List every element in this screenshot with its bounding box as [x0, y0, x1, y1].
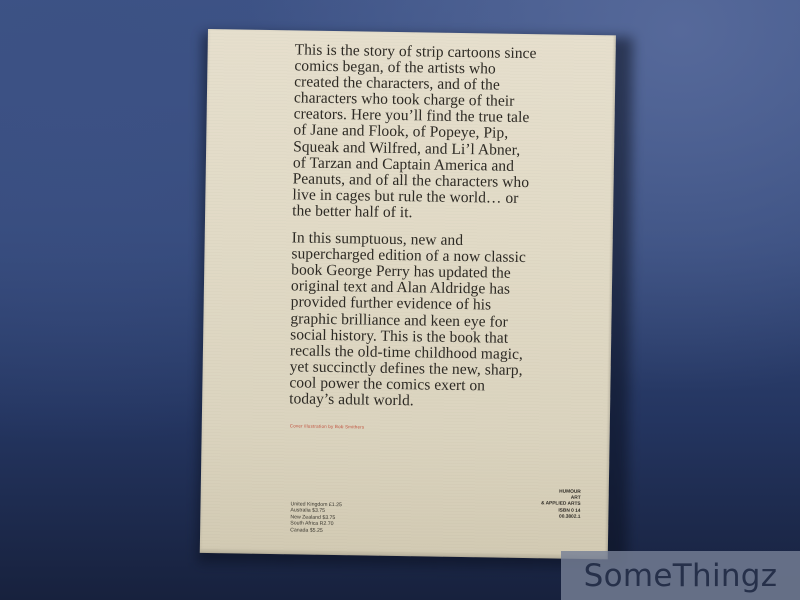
blurb-text: This is the story of strip cartoons sinc…	[289, 42, 600, 423]
watermark-logo: SomeThingz	[561, 551, 800, 600]
blurb-paragraph-2: In this sumptuous, new and supercharged …	[289, 230, 597, 412]
category-isbn-block: HUMOUR ART & APPLIED ARTS ISBN 0 14 00.3…	[541, 489, 581, 521]
blurb-paragraph-1: This is the story of strip cartoons sinc…	[292, 42, 600, 224]
price-list: United Kingdom £1.25 Australia $3.75 New…	[290, 501, 342, 534]
book-back-cover: This is the story of strip cartoons sinc…	[200, 29, 616, 559]
price-canada: Canada $5.25	[290, 527, 341, 534]
blurb-line: the better half of it.	[292, 203, 597, 224]
watermark-text: SomeThingz	[584, 558, 778, 594]
isbn-line-2: 00.3802.1	[541, 514, 581, 521]
category-applied-arts: & APPLIED ARTS	[541, 502, 581, 509]
cover-illustration-credit: Cover illustration by Bob Smithers	[290, 423, 365, 429]
blurb-line: today’s adult world.	[289, 391, 594, 412]
